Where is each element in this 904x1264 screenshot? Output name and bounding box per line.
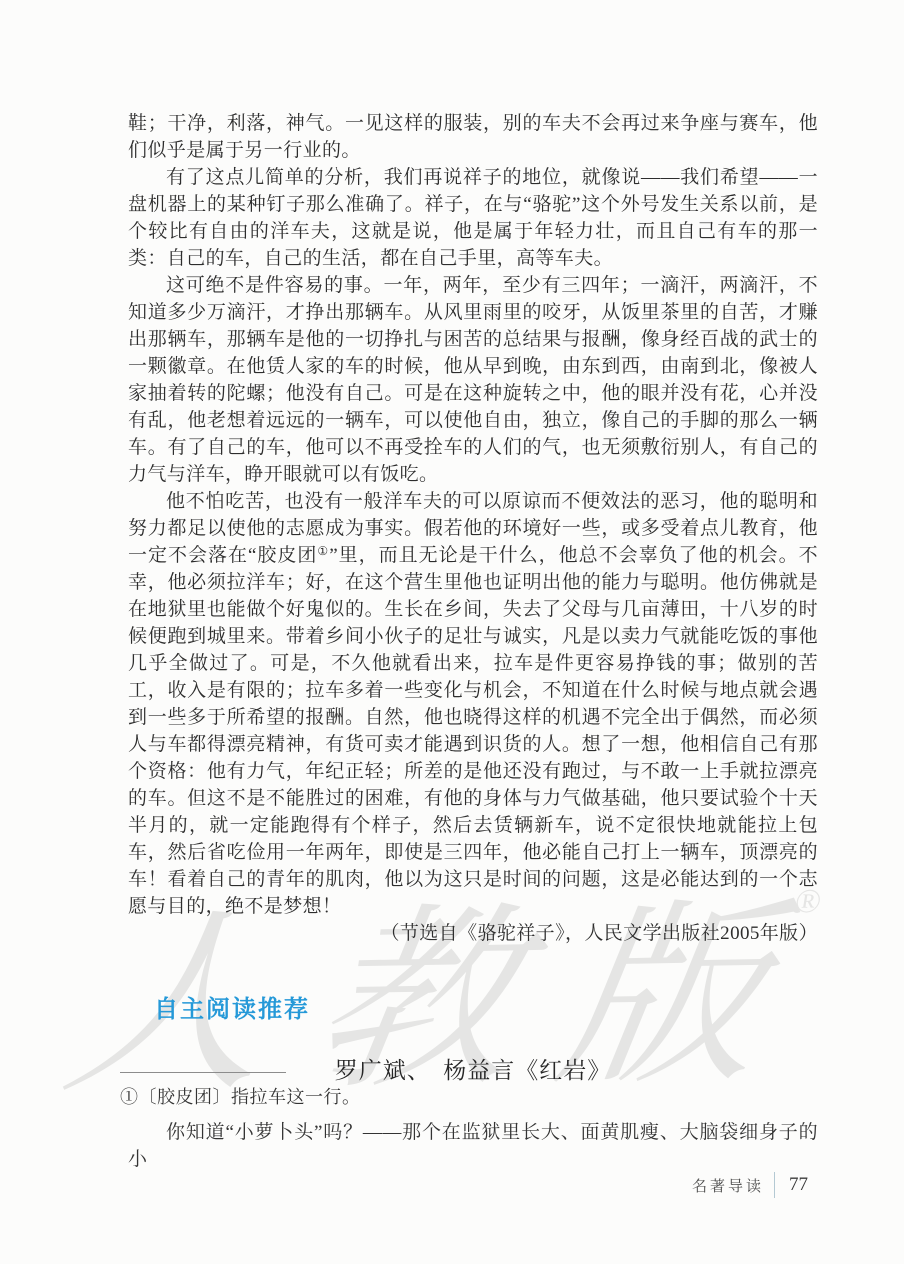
recommendation-paragraph: 你知道“小萝卜头”吗？——那个在监狱里长大、面黄肌瘦、大脑袋细身子的小 bbox=[128, 1119, 818, 1173]
page-content: 鞋；干净，利落，神气。一见这样的服装，别的车夫不会再过来争座与赛车，他们似乎是属… bbox=[128, 110, 818, 1173]
excerpt-paragraph: 这可绝不是件容易的事。一年，两年，至少有三四年；一滴汗，两滴汗，不知道多少万滴汗… bbox=[128, 272, 818, 488]
excerpt-paragraph: 他不怕吃苦，也没有一般洋车夫的可以原谅而不便效法的恶习，他的聪明和努力都足以使他… bbox=[128, 488, 818, 920]
footnote-area: ①〔胶皮团〕指拉车这一行。 bbox=[120, 1072, 810, 1109]
excerpt-paragraph-continuation: 鞋；干净，利落，神气。一见这样的服装，别的车夫不会再过来争座与赛车，他们似乎是属… bbox=[128, 110, 818, 164]
footnote-reference-marker: ① bbox=[317, 544, 329, 558]
source-attribution: （节选自《骆驼祥子》，人民文学出版社2005年版） bbox=[128, 920, 818, 947]
footer-section-label: 名著导读 bbox=[692, 1175, 764, 1196]
textbook-page: 人教版® 鞋；干净，利落，神气。一见这样的服装，别的车夫不会再过来争座与赛车，他… bbox=[0, 0, 904, 1264]
section-heading-reading-recommendation: 自主阅读推荐 bbox=[154, 994, 818, 1026]
paragraph-text: ”里，而且无论是干什么，他总不会辜负了他的机会。不幸，他必须拉洋车；好，在这个营… bbox=[128, 545, 818, 917]
footer-divider-bar bbox=[774, 1172, 775, 1198]
footnote-divider-line bbox=[120, 1072, 286, 1073]
footnote-text: ①〔胶皮团〕指拉车这一行。 bbox=[120, 1085, 810, 1109]
page-footer: 名著导读 77 bbox=[0, 1172, 904, 1198]
page-number: 77 bbox=[789, 1174, 808, 1196]
excerpt-paragraph: 有了这点儿简单的分析，我们再说祥子的地位，就像说——我们希望——一盘机器上的某种… bbox=[128, 164, 818, 272]
